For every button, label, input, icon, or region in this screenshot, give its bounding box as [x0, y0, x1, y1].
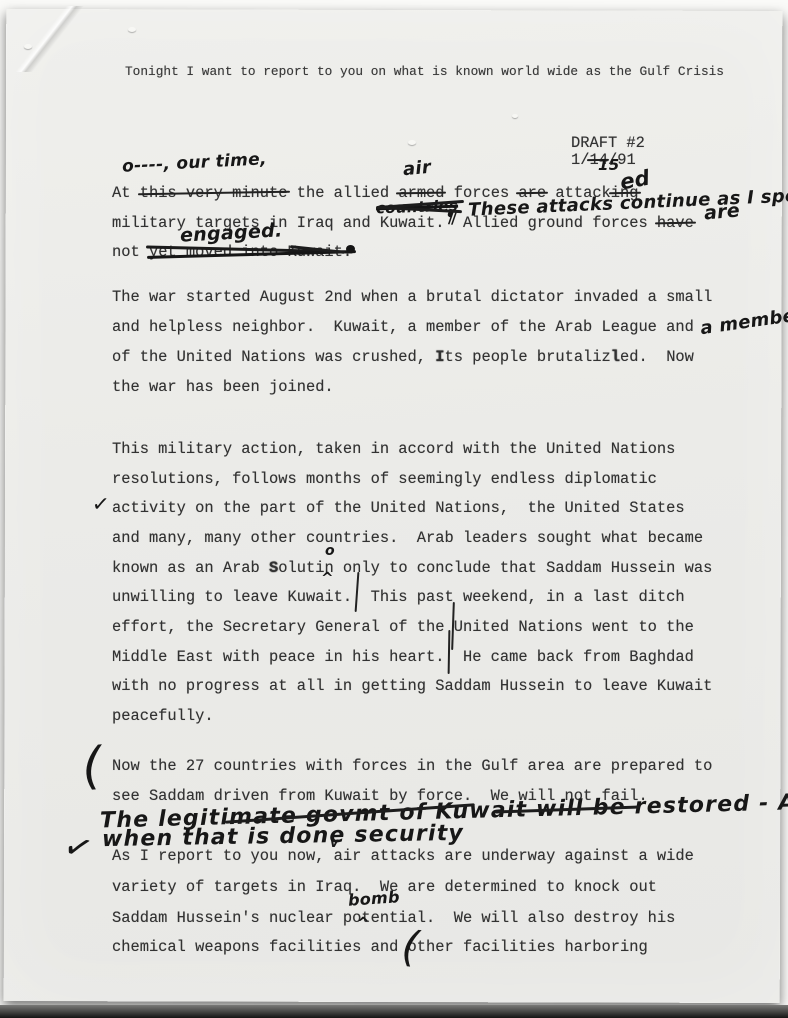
handwritten-o-insert: o [325, 543, 335, 559]
handwritten-bomb-caret: ^ [357, 914, 370, 932]
overtyped-text: S [269, 559, 278, 577]
overtyped-text: l [611, 348, 620, 366]
handwritten-v-tick: v [330, 836, 339, 851]
typed-text: Middle East with peace in his heart. He … [112, 648, 694, 666]
handwritten-bomb-insert: bomb [347, 887, 400, 910]
typed-text: ed. Now [620, 348, 694, 366]
typed-text: resolutions, follows months of seemingly… [112, 470, 657, 488]
typed-line-17: peacefully. [112, 707, 214, 725]
typed-text: chemical weapons facilities and other fa… [112, 938, 648, 956]
typed-text: effort, the Secretary General of the Uni… [112, 618, 694, 636]
typed-line-7: the war has been joined. [112, 378, 334, 396]
draft-label: DRAFT #2 [571, 134, 645, 152]
handwritten-are-correction: are [703, 199, 741, 224]
typed-line-13: unwilling to leave Kuwait. This past wee… [112, 588, 685, 606]
typed-text: The war started August 2nd when a brutal… [112, 288, 712, 306]
handwritten-margin-checkmark: ✓ [91, 491, 111, 516]
handwritten-date-day: 15 [598, 156, 619, 174]
pen-dot [346, 245, 355, 253]
handwritten-margin-paren: ( [80, 736, 104, 795]
paper-speck [24, 44, 32, 49]
typed-text: At [112, 184, 140, 202]
typed-line-23: chemical weapons facilities and other fa… [112, 938, 648, 956]
handwritten-air-insert: air [402, 157, 432, 180]
typed-text: and helpless neighbor. Kuwait, a member … [112, 318, 694, 336]
typed-line-5: and helpless neighbor. Kuwait, a member … [112, 318, 694, 336]
title-text: Tonight I want to report to you on what … [125, 64, 724, 79]
typed-text: of the United Nations was crushed, [112, 348, 435, 366]
typed-text: Now the 27 countries with forces in the … [112, 757, 712, 775]
struck-text: have [657, 214, 694, 232]
typed-text: ts people brutaliz [445, 348, 611, 366]
typed-text: peacefully. [112, 707, 214, 725]
title-line: Tonight I want to report to you on what … [125, 63, 724, 81]
typed-text: Saddam Hussein's nuclear potential. We w… [112, 909, 675, 927]
typed-line-10: activity on the part of the United Natio… [112, 499, 685, 517]
handwritten-o-caret: ^ [321, 569, 334, 587]
scan-edge-shadow [0, 1005, 788, 1018]
typed-line-4: The war started August 2nd when a brutal… [112, 288, 712, 306]
typed-line-14: effort, the Secretary General of the Uni… [112, 618, 694, 636]
struck-text: this very minute [140, 184, 288, 202]
typed-text: with no progress at all in getting Sadda… [112, 677, 712, 695]
scanned-speech-draft: { "colors":{"paper":"#ebebe8","ink_typed… [0, 0, 788, 1018]
typed-text: unwilling to leave Kuwait. This past wee… [112, 588, 685, 606]
typed-text: the war has been joined. [112, 378, 334, 396]
typed-text: and many, many other countries. Arab lea… [112, 529, 703, 547]
typed-line-6: of the United Nations was crushed, Its p… [112, 348, 694, 366]
typed-text: olutin only to conclude that Saddam Huss… [278, 559, 712, 577]
typed-line-22: Saddam Hussein's nuclear potential. We w… [112, 909, 675, 927]
draft-text: DRAFT #2 [571, 134, 645, 152]
typed-line-12: known as an Arab Solutin only to conclud… [112, 559, 712, 577]
typed-line-9: resolutions, follows months of seemingly… [112, 470, 657, 488]
struck-text: yet moved into Kuwait. [149, 243, 352, 261]
paper-speck [512, 114, 518, 118]
typed-line-18: Now the 27 countries with forces in the … [112, 757, 712, 775]
paper-speck [128, 27, 136, 32]
typed-text: known as an Arab [112, 559, 269, 577]
typed-line-16: with no progress at all in getting Sadda… [112, 677, 712, 695]
paper-crease [0, 6, 96, 72]
typed-text: not [112, 243, 149, 261]
typed-text: activity on the part of the United Natio… [112, 499, 685, 517]
typed-text: This military action, taken in accord wi… [112, 440, 675, 458]
paper-speck [408, 140, 416, 145]
handwritten-ed-correction: ed [618, 166, 652, 195]
overtyped-text: I [435, 348, 444, 366]
typed-line-11: and many, many other countries. Arab lea… [112, 529, 703, 547]
typed-line-8: This military action, taken in accord wi… [112, 440, 675, 458]
typed-line-15: Middle East with peace in his heart. He … [112, 648, 694, 666]
typed-line-3: not yet moved into Kuwait. [112, 243, 352, 261]
